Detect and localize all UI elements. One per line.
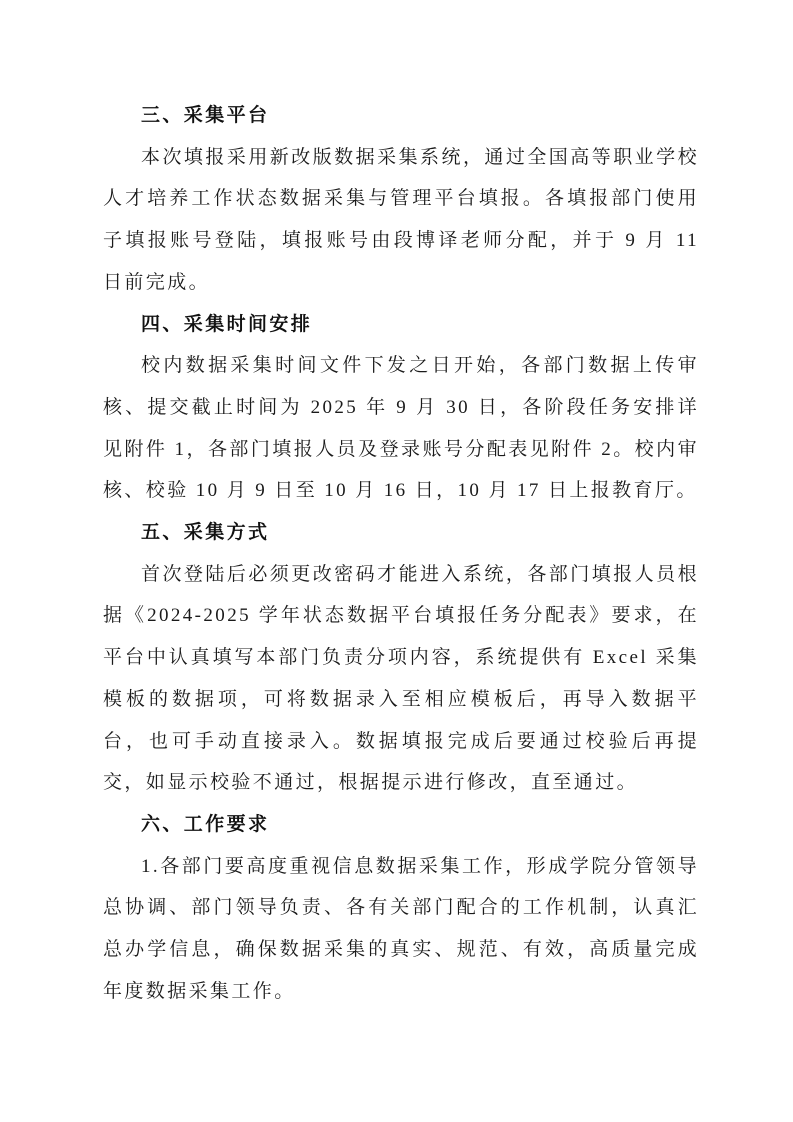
document-page: 三、采集平台 本次填报采用新改版数据采集系统，通过全国高等职业学校人才培养工作状… <box>0 0 793 1122</box>
section-3-heading: 三、采集平台 <box>103 95 699 137</box>
section-4-paragraph: 校内数据采集时间文件下发之日开始，各部门数据上传审核、提交截止时间为 2025 … <box>103 345 699 512</box>
section-3-paragraph: 本次填报采用新改版数据采集系统，通过全国高等职业学校人才培养工作状态数据采集与管… <box>103 137 699 304</box>
section-5-paragraph: 首次登陆后必须更改密码才能进入系统，各部门填报人员根据《2024-2025 学年… <box>103 554 699 804</box>
section-5-heading: 五、采集方式 <box>103 512 699 554</box>
section-6-paragraph: 1.各部门要高度重视信息数据采集工作，形成学院分管领导总协调、部门领导负责、各有… <box>103 846 699 1013</box>
section-4-heading: 四、采集时间安排 <box>103 304 699 346</box>
section-6-heading: 六、工作要求 <box>103 804 699 846</box>
document-body: 三、采集平台 本次填报采用新改版数据采集系统，通过全国高等职业学校人才培养工作状… <box>103 95 699 1012</box>
